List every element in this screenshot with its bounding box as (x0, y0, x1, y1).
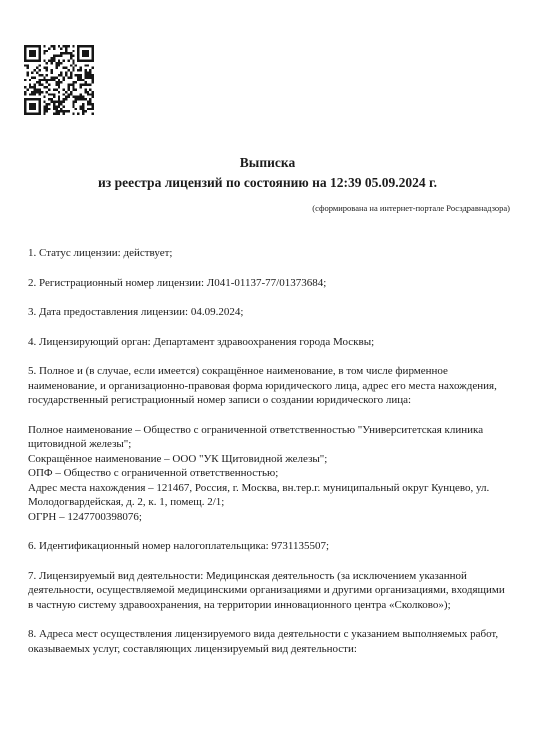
document-subtitle: (сформирована на интернет-портале Росздр… (312, 203, 510, 214)
paragraph-taxpayer-number: 6. Идентификационный номер налогоплатель… (28, 539, 512, 554)
paragraph-license-status: 1. Статус лицензии: действует; (28, 246, 512, 261)
document-page: Выписка из реестра лицензий по состоянию… (0, 0, 535, 748)
paragraph-registration-number: 2. Регистрационный номер лицензии: Л041-… (28, 276, 512, 291)
paragraph-activity-addresses-heading: 8. Адреса мест осуществления лицензируем… (28, 627, 512, 656)
detail-ogrn: ОГРН – 1247700398076; (28, 510, 512, 525)
detail-address: Адрес места нахождения – 121467, Россия,… (28, 481, 512, 510)
document-title-line2: из реестра лицензий по состоянию на 12:3… (0, 173, 535, 193)
document-title: Выписка из реестра лицензий по состоянию… (0, 153, 535, 193)
paragraph-grant-date: 3. Дата предоставления лицензии: 04.09.2… (28, 305, 512, 320)
document-body: 1. Статус лицензии: действует; 2. Регист… (28, 246, 512, 671)
qr-code (24, 45, 94, 115)
detail-legal-form: ОПФ – Общество с ограниченной ответствен… (28, 466, 512, 481)
paragraph-entity-info-heading: 5. Полное и (в случае, если имеется) сок… (28, 364, 512, 408)
detail-full-name: Полное наименование – Общество с огранич… (28, 423, 512, 452)
document-title-line1: Выписка (0, 153, 535, 173)
paragraph-licensing-authority: 4. Лицензирующий орган: Департамент здра… (28, 335, 512, 350)
entity-details-block: Полное наименование – Общество с огранич… (28, 423, 512, 525)
detail-short-name: Сокращённое наименование – ООО "УК Щитов… (28, 452, 512, 467)
paragraph-licensed-activity: 7. Лицензируемый вид деятельности: Медиц… (28, 569, 512, 613)
